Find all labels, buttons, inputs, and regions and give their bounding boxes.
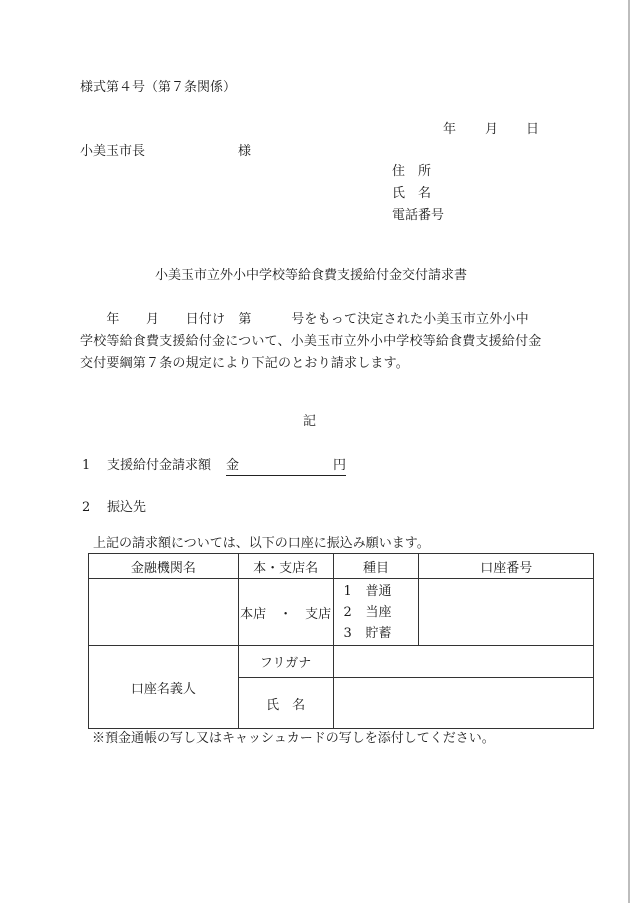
branch-cell[interactable]: 本店 ・ 支店: [238, 579, 333, 646]
footnote: ※預金通帳の写し又はキャッシュカードの写しを添付してください。: [92, 731, 495, 747]
body-line-3: 交付要綱第７条の規定により下記のとおり請求します。: [80, 353, 550, 375]
bank-name-cell[interactable]: [89, 579, 239, 646]
phone-label: 電話番号: [392, 208, 444, 224]
account-number-cell[interactable]: [419, 579, 594, 646]
form-number: 様式第４号（第７条関係）: [80, 80, 236, 96]
address-label: 住 所: [392, 164, 431, 180]
name-label: 氏 名: [392, 186, 431, 202]
item1-label: 支援給付金請求額: [107, 458, 211, 474]
furigana-input-cell[interactable]: [333, 646, 593, 678]
document-title: 小美玉市立外小中学校等給食費支援給付金交付請求書: [155, 268, 467, 284]
item2-label: 振込先: [107, 500, 146, 516]
ki-heading: 記: [303, 414, 316, 430]
addressee-honorific: 様: [238, 144, 251, 160]
claim-amount-field[interactable]: 金 円: [226, 458, 346, 476]
body-paragraph: 年 月 日付け 第 号をもって決定された小美玉市立外小中 学校等給食費支援給付金…: [80, 309, 550, 375]
date-year-label: 年: [443, 122, 456, 138]
furigana-label: フリガナ: [238, 646, 333, 678]
amount-prefix: 金: [226, 458, 239, 473]
account-type-option[interactable]: 2当座: [344, 602, 419, 623]
bank-account-table: 金融機関名 本・支店名 種目 口座番号 本店 ・ 支店 1普通 2当座 3貯蓄 …: [88, 553, 594, 729]
header-bank-name: 金融機関名: [89, 554, 239, 579]
table-row: 口座名義人 フリガナ: [89, 646, 594, 678]
header-account-type: 種目: [333, 554, 419, 579]
header-branch-name: 本・支店名: [238, 554, 333, 579]
item1-number: 1: [82, 458, 90, 474]
transfer-note: 上記の請求額については、以下の口座に振込み願います。: [93, 536, 430, 552]
table-row: 本店 ・ 支店 1普通 2当座 3貯蓄: [89, 579, 594, 646]
table-header-row: 金融機関名 本・支店名 種目 口座番号: [89, 554, 594, 579]
holder-name-label: 氏 名: [238, 678, 333, 729]
date-day-label: 日: [526, 122, 539, 138]
holder-name-input-cell[interactable]: [333, 678, 593, 729]
account-type-option[interactable]: 3貯蓄: [344, 623, 419, 644]
body-line-2: 学校等給食費支援給付金について、小美玉市立外小中学校等給食費支援給付金: [80, 331, 550, 353]
amount-suffix: 円: [333, 458, 346, 474]
date-month-label: 月: [485, 122, 498, 138]
account-type-cell[interactable]: 1普通 2当座 3貯蓄: [333, 579, 419, 646]
header-account-number: 口座番号: [419, 554, 594, 579]
account-holder-label: 口座名義人: [89, 646, 239, 729]
addressee-title: 小美玉市長: [80, 144, 145, 160]
item2-number: 2: [82, 500, 90, 516]
account-type-option[interactable]: 1普通: [344, 581, 419, 602]
body-line-1: 年 月 日付け 第 号をもって決定された小美玉市立外小中: [80, 309, 550, 331]
